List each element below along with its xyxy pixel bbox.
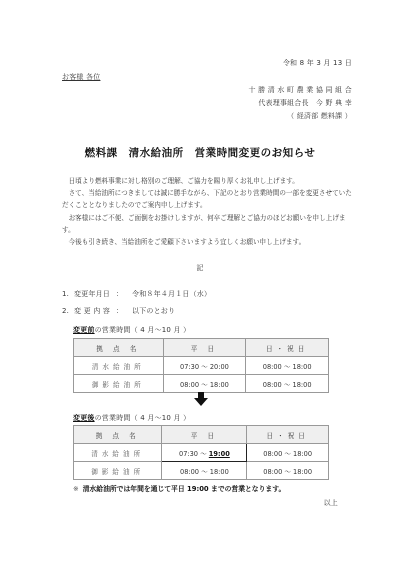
holiday-hours: 08:00 ～ 18:00 <box>247 462 329 480</box>
weekday-start: 07:30 ～ <box>179 450 209 458</box>
before-hours-table: 拠 点 名 平 日 日・祝日 清水給油所 07:30 ～ 20:00 08:00… <box>73 338 329 393</box>
header-weekday: 平 日 <box>163 339 246 357</box>
recipient: お客様 各位 <box>62 72 100 82</box>
after-label-rest: の営業時間（ 4 月～10 月 ） <box>95 414 191 422</box>
item-number: 2. <box>62 307 74 315</box>
holiday-hours: 08:00 ～ 18:00 <box>246 375 329 393</box>
header-holiday: 日・祝日 <box>247 426 329 444</box>
table-row: 清水給油所 07:30 ～ 20:00 08:00 ～ 18:00 <box>74 357 329 375</box>
after-hours-table: 拠 点 名 平 日 日・祝日 清水給油所 07:30 ～ 19:00 08:00… <box>73 425 329 480</box>
note-mark: ※ <box>73 485 79 493</box>
table-header-row: 拠 点 名 平 日 日・祝日 <box>74 339 329 357</box>
location-name: 清水給油所 <box>74 357 164 375</box>
holiday-hours: 08:00 ～ 18:00 <box>247 444 329 462</box>
sender-organization: 十 勝 清 水 町 農 業 協 同 組 合 <box>249 84 352 97</box>
page-title: 燃料課 清水給油所 営業時間変更のお知らせ <box>0 145 400 160</box>
table-header-row: 拠 点 名 平 日 日・祝日 <box>74 426 329 444</box>
header-holiday: 日・祝日 <box>246 339 329 357</box>
item-label: 変 更 内 容 <box>74 306 116 316</box>
header-weekday: 平 日 <box>162 426 247 444</box>
header-location: 拠 点 名 <box>74 426 162 444</box>
ki-heading: 記 <box>0 263 400 273</box>
body-text: 日頃より燃料事業に対し格別のご理解、ご協力を賜り厚くお礼申し上げます。 さて、当… <box>62 175 352 248</box>
item-value: 以下のとおり <box>132 307 175 315</box>
item-change-content: 2.変 更 内 容：以下のとおり <box>62 306 175 316</box>
location-name: 清水給油所 <box>74 444 162 462</box>
weekday-end-changed: 19:00 <box>209 450 230 458</box>
location-name: 御影給油所 <box>74 375 164 393</box>
item-label: 変更年月日 <box>74 289 116 299</box>
body-paragraph: さて、当給油所につきましては誠に勝手ながら、下記のとおり営業時間の一部を変更させ… <box>62 187 352 211</box>
weekday-hours: 08:00 ～ 18:00 <box>163 375 246 393</box>
table-row: 清水給油所 07:30 ～ 19:00 08:00 ～ 18:00 <box>74 444 329 462</box>
item-colon: ： <box>116 306 132 316</box>
closing: 以上 <box>324 498 338 508</box>
after-table-label: 変更後の営業時間（ 4 月～10 月 ） <box>73 413 190 423</box>
header-location: 拠 点 名 <box>74 339 164 357</box>
note: ※清水給油所では年間を通じて平日 19:00 までの営業となります。 <box>73 483 285 493</box>
before-table-label: 変更前の営業時間（ 4 月～10 月 ） <box>73 325 190 335</box>
table-row: 御影給油所 08:00 ～ 18:00 08:00 ～ 18:00 <box>74 375 329 393</box>
after-label-bold: 変更後 <box>73 414 95 422</box>
table-row: 御影給油所 08:00 ～ 18:00 08:00 ～ 18:00 <box>74 462 329 480</box>
body-paragraph: お客様にはご不便、ご面倒をお掛けしますが、何卒ご理解とご協力のほどお願いを申し上… <box>62 212 352 236</box>
item-number: 1. <box>62 290 74 298</box>
weekday-hours: 08:00 ～ 18:00 <box>162 462 247 480</box>
document-date: 令和 8 年 3 月 13 日 <box>283 58 352 68</box>
body-paragraph: 日頃より燃料事業に対し格別のご理解、ご協力を賜り厚くお礼申し上げます。 <box>62 175 352 187</box>
item-value: 令和８年４月１日（水） <box>132 290 211 298</box>
before-label-rest: の営業時間（ 4 月～10 月 ） <box>95 326 191 334</box>
before-label-bold: 変更前 <box>73 326 95 334</box>
sender-representative: 代表理事組合長 今 野 典 幸 <box>258 97 352 110</box>
item-colon: ： <box>116 289 132 299</box>
weekday-hours: 07:30 ～ 20:00 <box>163 357 246 375</box>
body-paragraph: 今後も引き続き、当給油所をご愛顧下さいますよう宜しくお願い申し上げます。 <box>62 236 352 248</box>
holiday-hours: 08:00 ～ 18:00 <box>246 357 329 375</box>
item-change-date: 1.変更年月日：令和８年４月１日（水） <box>62 289 211 299</box>
weekday-hours-highlighted: 07:30 ～ 19:00 <box>162 444 247 462</box>
down-arrow-icon <box>194 392 208 406</box>
sender-department: （ 経済部 燃料課 ） <box>287 110 352 123</box>
note-text: 清水給油所では年間を通じて平日 19:00 までの営業となります。 <box>83 485 286 493</box>
location-name: 御影給油所 <box>74 462 162 480</box>
